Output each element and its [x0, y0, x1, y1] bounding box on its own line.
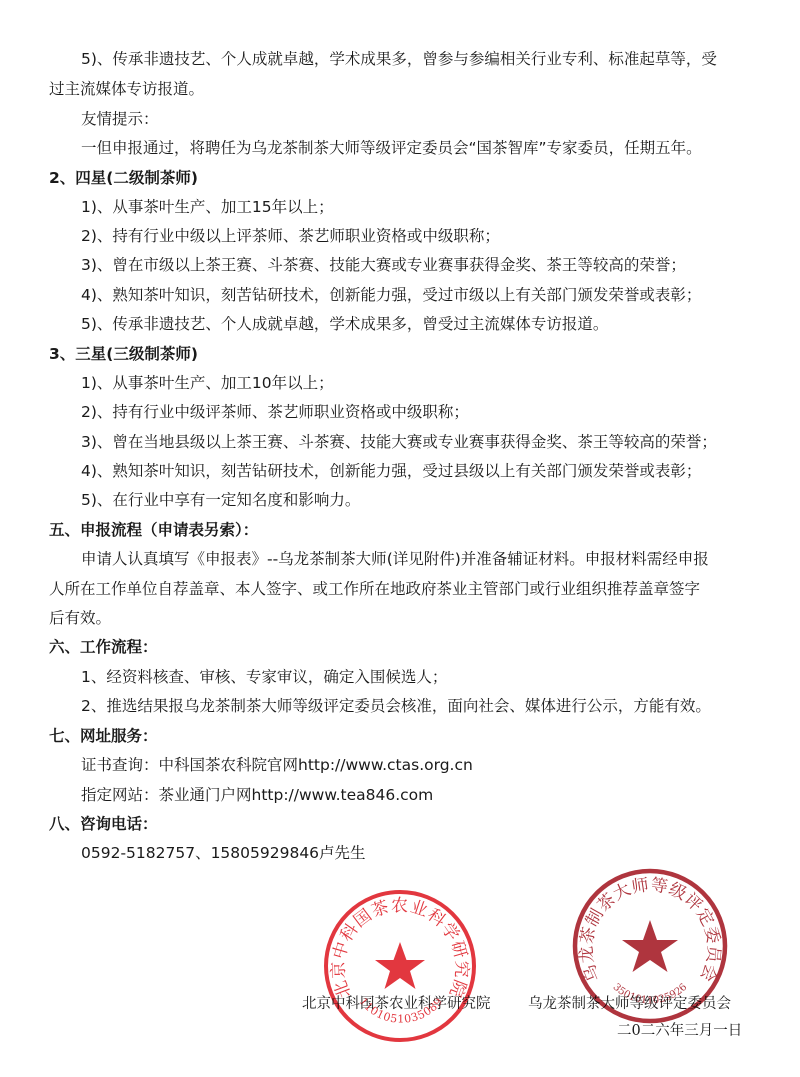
cert-query-link[interactable]: 证书查询：中科国茶农科院官网http://www.ctas.org.cn — [81, 751, 800, 780]
stamp-1-serial: 1101051035089 — [357, 995, 446, 1026]
section-2-item-5: 5)、传承非遗技艺、个人成就卓越，学术成果多，曾受过主流媒体专访报道。 — [81, 310, 800, 339]
section-3-item-5: 5)、在行业中享有一定知名度和影响力。 — [81, 486, 800, 515]
item-5-line2: 过主流媒体专访报道。 — [49, 75, 769, 104]
section-2-heading: 2、四星(二级制茶师) — [49, 164, 769, 193]
item-5-line1: 5)、传承非遗技艺、个人成就卓越，学术成果多，曾参与参编相关行业专利、标准起草等… — [81, 45, 800, 74]
section-six-item-2: 2、推选结果报乌龙茶制茶大师等级评定委员会核准，面向社会、媒体进行公示，方能有效… — [81, 692, 800, 721]
section-seven-heading: 七、网址服务： — [49, 722, 769, 751]
stamp-2-serial: 3501011025926 — [611, 982, 690, 1007]
section-2-item-1: 1)、从事茶叶生产、加工15年以上； — [81, 193, 800, 222]
document-page: 5)、传承非遗技艺、个人成就卓越，学术成果多，曾参与参编相关行业专利、标准起草等… — [0, 0, 800, 1077]
section-2-item-4: 4)、熟知茶叶知识，刻苦钻研技术，创新能力强，受过市级以上有关部门颁发荣誉或表彰… — [81, 281, 800, 310]
svg-text:3501011025926: 3501011025926 — [611, 982, 690, 1007]
section-2-item-2: 2)、持有行业中级以上评茶师、茶艺师职业资格或中级职称； — [81, 222, 800, 251]
section-six-item-1: 1、经资料核查、审核、专家审议，确定入围候选人； — [81, 663, 800, 692]
designated-site-link[interactable]: 指定网站：茶业通门户网http://www.tea846.com — [81, 781, 800, 810]
section-3-item-1: 1)、从事茶叶生产、加工10年以上； — [81, 369, 800, 398]
section-eight-heading: 八、咨询电话： — [49, 810, 769, 839]
section-six-heading: 六、工作流程： — [49, 633, 769, 662]
phone-numbers: 0592-5182757、15805929846卢先生 — [81, 839, 800, 868]
section-2-item-3: 3)、曾在市级以上茶王赛、斗茶赛、技能大赛或专业赛事获得金奖、茶王等较高的荣誉； — [81, 251, 800, 280]
official-seal-1-icon: 北京中科国茶农业科学研究院 1101051035089 — [322, 888, 478, 1044]
section-3-item-3: 3)、曾在当地县级以上茶王赛、斗茶赛、技能大赛或专业赛事获得金奖、茶王等较高的荣… — [81, 428, 800, 457]
section-3-item-2: 2)、持有行业中级评茶师、茶艺师职业资格或中级职称； — [81, 398, 800, 427]
tip-label: 友情提示： — [81, 105, 800, 134]
svg-text:1101051035089: 1101051035089 — [357, 995, 446, 1026]
section-five-line2: 人所在工作单位自荐盖章、本人签字、或工作所在地政府茶业主管部门或行业组织推荐盖章… — [49, 575, 769, 604]
tip-text: 一但申报通过，将聘任为乌龙茶制茶大师等级评定委员会“国茶智库”专家委员，任期五年… — [81, 134, 800, 163]
section-five-line3: 后有效。 — [49, 604, 769, 633]
section-five-heading: 五、申报流程（申请表另索）： — [49, 516, 769, 545]
section-five-line1: 申请人认真填写《申报表》--乌龙茶制茶大师(详见附件)并准备辅证材料。申报材料需… — [81, 545, 800, 574]
official-seal-2-icon: 乌龙茶制茶大师等级评定委员会 3501011025926 — [570, 866, 730, 1026]
section-3-heading: 3、三星(三级制茶师) — [49, 340, 769, 369]
section-3-item-4: 4)、熟知茶叶知识，刻苦钻研技术，创新能力强，受过县级以上有关部门颁发荣誉或表彰… — [81, 457, 800, 486]
